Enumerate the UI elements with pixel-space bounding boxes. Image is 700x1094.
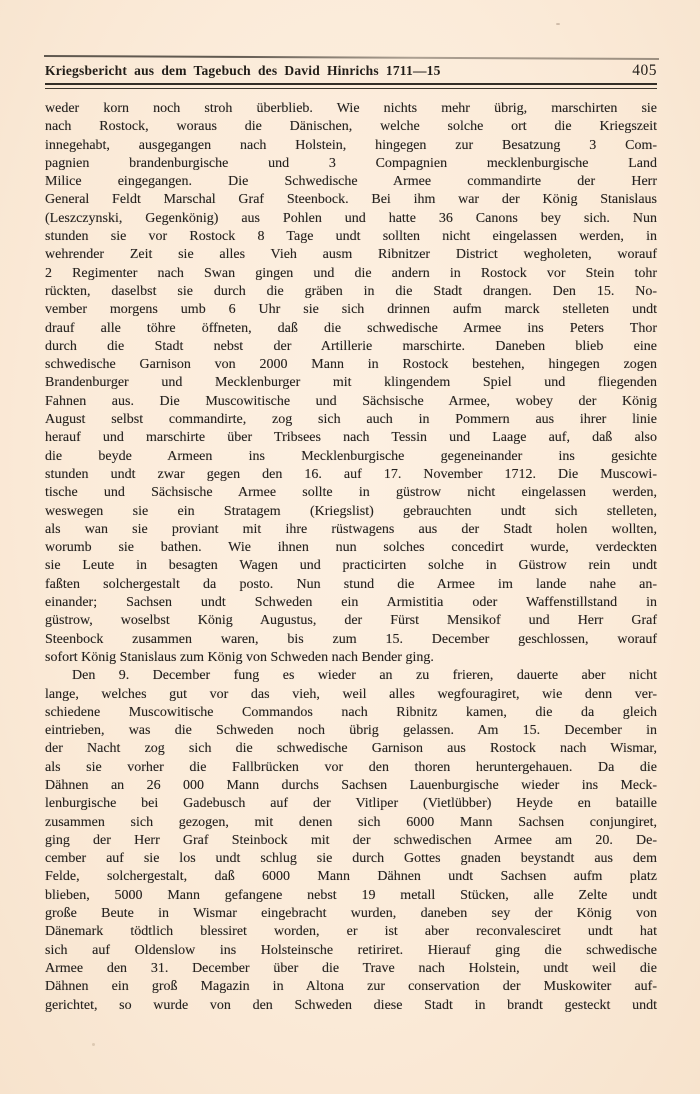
- scan-artifact-line: [44, 55, 659, 60]
- text-line: nach Rostock, woraus die Dänischen, welc…: [45, 118, 657, 136]
- text-line: der Nacht zog sich die schwedische Garni…: [45, 740, 657, 758]
- text-line: pagnien brandenburgische und 3 Compagnie…: [45, 155, 657, 173]
- paragraph: Den 9. December fung es wieder an zu fri…: [45, 667, 657, 1015]
- text-line: blieben, 5000 Mann gefangene nebst 19 me…: [45, 887, 657, 905]
- text-line: güstrow, woselbst König Augustus, der Fü…: [45, 612, 657, 630]
- text-line: zusammen sich gezogen, mit denen sich 60…: [45, 814, 657, 832]
- text-line: innegehabt, ausgegangen nach Holstein, h…: [45, 137, 657, 155]
- text-line: herauf und marschirte über Tribsees nach…: [45, 429, 657, 447]
- text-line: stunden sie vor Rostock 8 Tage undt soll…: [45, 228, 657, 246]
- text-line: Fahnen aus. Die Muscowitische und Sächsi…: [45, 393, 657, 411]
- page-number: 405: [632, 62, 657, 80]
- header-rule-thin: [45, 88, 657, 89]
- text-line: wehrender Zeit sie alles Vieh ausm Ribni…: [45, 246, 657, 264]
- running-title: Kriegsbericht aus dem Tagebuch des David…: [45, 63, 441, 79]
- text-line: stunden undt zwar gegen den 16. auf 17. …: [45, 466, 657, 484]
- text-line: faßten solchergestalt da posto. Nun stun…: [45, 576, 657, 594]
- text-line: die beyde Armeen ins Mecklenburgische ge…: [45, 448, 657, 466]
- text-line: als wan sie proviant mit ihre rüstwagens…: [45, 521, 657, 539]
- text-line: Milice eingegangen. Die Schwedische Arme…: [45, 173, 657, 191]
- text-line: tische und Sächsische Armee sollte in gü…: [45, 484, 657, 502]
- text-line: weswegen sie ein Stratagem (Kriegslist) …: [45, 503, 657, 521]
- text-line: Den 9. December fung es wieder an zu fri…: [45, 667, 657, 685]
- text-line: Felde, solchergestalt, daß 6000 Mann Däh…: [45, 868, 657, 886]
- text-line: sich auf Oldenslow ins Holsteinsche reti…: [45, 942, 657, 960]
- text-line: einander; Sachsen undt Schweden ein Armi…: [45, 594, 657, 612]
- text-line: lange, welches gut vor das vieh, weil al…: [45, 686, 657, 704]
- text-line: lenburgische bei Gadebusch auf der Vitli…: [45, 795, 657, 813]
- text-line: Armee den 31. December über die Trave na…: [45, 960, 657, 978]
- text-line: worumb sie bathen. Wie ihnen nun solches…: [45, 539, 657, 557]
- text-line: Brandenburger und Mecklenburger mit klin…: [45, 374, 657, 392]
- text-line: gerichtet, so wurde von den Schweden die…: [45, 997, 657, 1015]
- text-line: drauf alle töhre öffneten, daß die schwe…: [45, 320, 657, 338]
- text-line: große Beute in Wismar eingebracht wurden…: [45, 905, 657, 923]
- text-line: schwedische Garnison von 2000 Mann in Ro…: [45, 356, 657, 374]
- text-line: cember auf sie los undt schlug sie durch…: [45, 850, 657, 868]
- text-line: sie Leute in besagten Wagen und practici…: [45, 557, 657, 575]
- text-line: sofort König Stanislaus zum König von Sc…: [45, 649, 657, 667]
- text-line: 2 Regimenter nach Swan gingen und die an…: [45, 265, 657, 283]
- text-line: schiedene Muscowitische Commandos nach R…: [45, 704, 657, 722]
- text-line: (Leszczynski, Gegenkönig) aus Pohlen und…: [45, 210, 657, 228]
- text-line: ging der Herr Graf Steinbock mit der sch…: [45, 832, 657, 850]
- text-line: Dänemark tödtlich blessiret worden, er i…: [45, 923, 657, 941]
- text-line: weder korn noch stroh überblieb. Wie nic…: [45, 100, 657, 118]
- paragraph: weder korn noch stroh überblieb. Wie nic…: [45, 100, 657, 667]
- text-line: Steenbock zusammen waren, bis zum 15. De…: [45, 631, 657, 649]
- text-line: vember morgens umb 6 Uhr sie sich drinne…: [45, 301, 657, 319]
- text-line: Dähnen an 26 000 Mann durchs Sachsen Lau…: [45, 777, 657, 795]
- scan-speck: [556, 23, 560, 25]
- running-head: Kriegsbericht aus dem Tagebuch des David…: [45, 62, 657, 80]
- text-line: als sie vorher die Fallbrücken vor den t…: [45, 759, 657, 777]
- header-rule-thick: [45, 83, 657, 85]
- text-line: rückten, daselbst sie durch die gräben i…: [45, 283, 657, 301]
- text-line: eintrieben, was die Schweden noch übrig …: [45, 722, 657, 740]
- scanned-book-page: Kriegsbericht aus dem Tagebuch des David…: [0, 0, 700, 1094]
- text-line: durch die Stadt nebst der Artillerie mar…: [45, 338, 657, 356]
- text-line: Dähnen ein groß Magazin in Altona zur co…: [45, 978, 657, 996]
- text-line: General Feldt Marschal Graf Steenbock. B…: [45, 191, 657, 209]
- scan-speck: [92, 1043, 95, 1046]
- body-text: weder korn noch stroh überblieb. Wie nic…: [45, 100, 657, 1015]
- text-line: August selbst commandirte, zog sich auch…: [45, 411, 657, 429]
